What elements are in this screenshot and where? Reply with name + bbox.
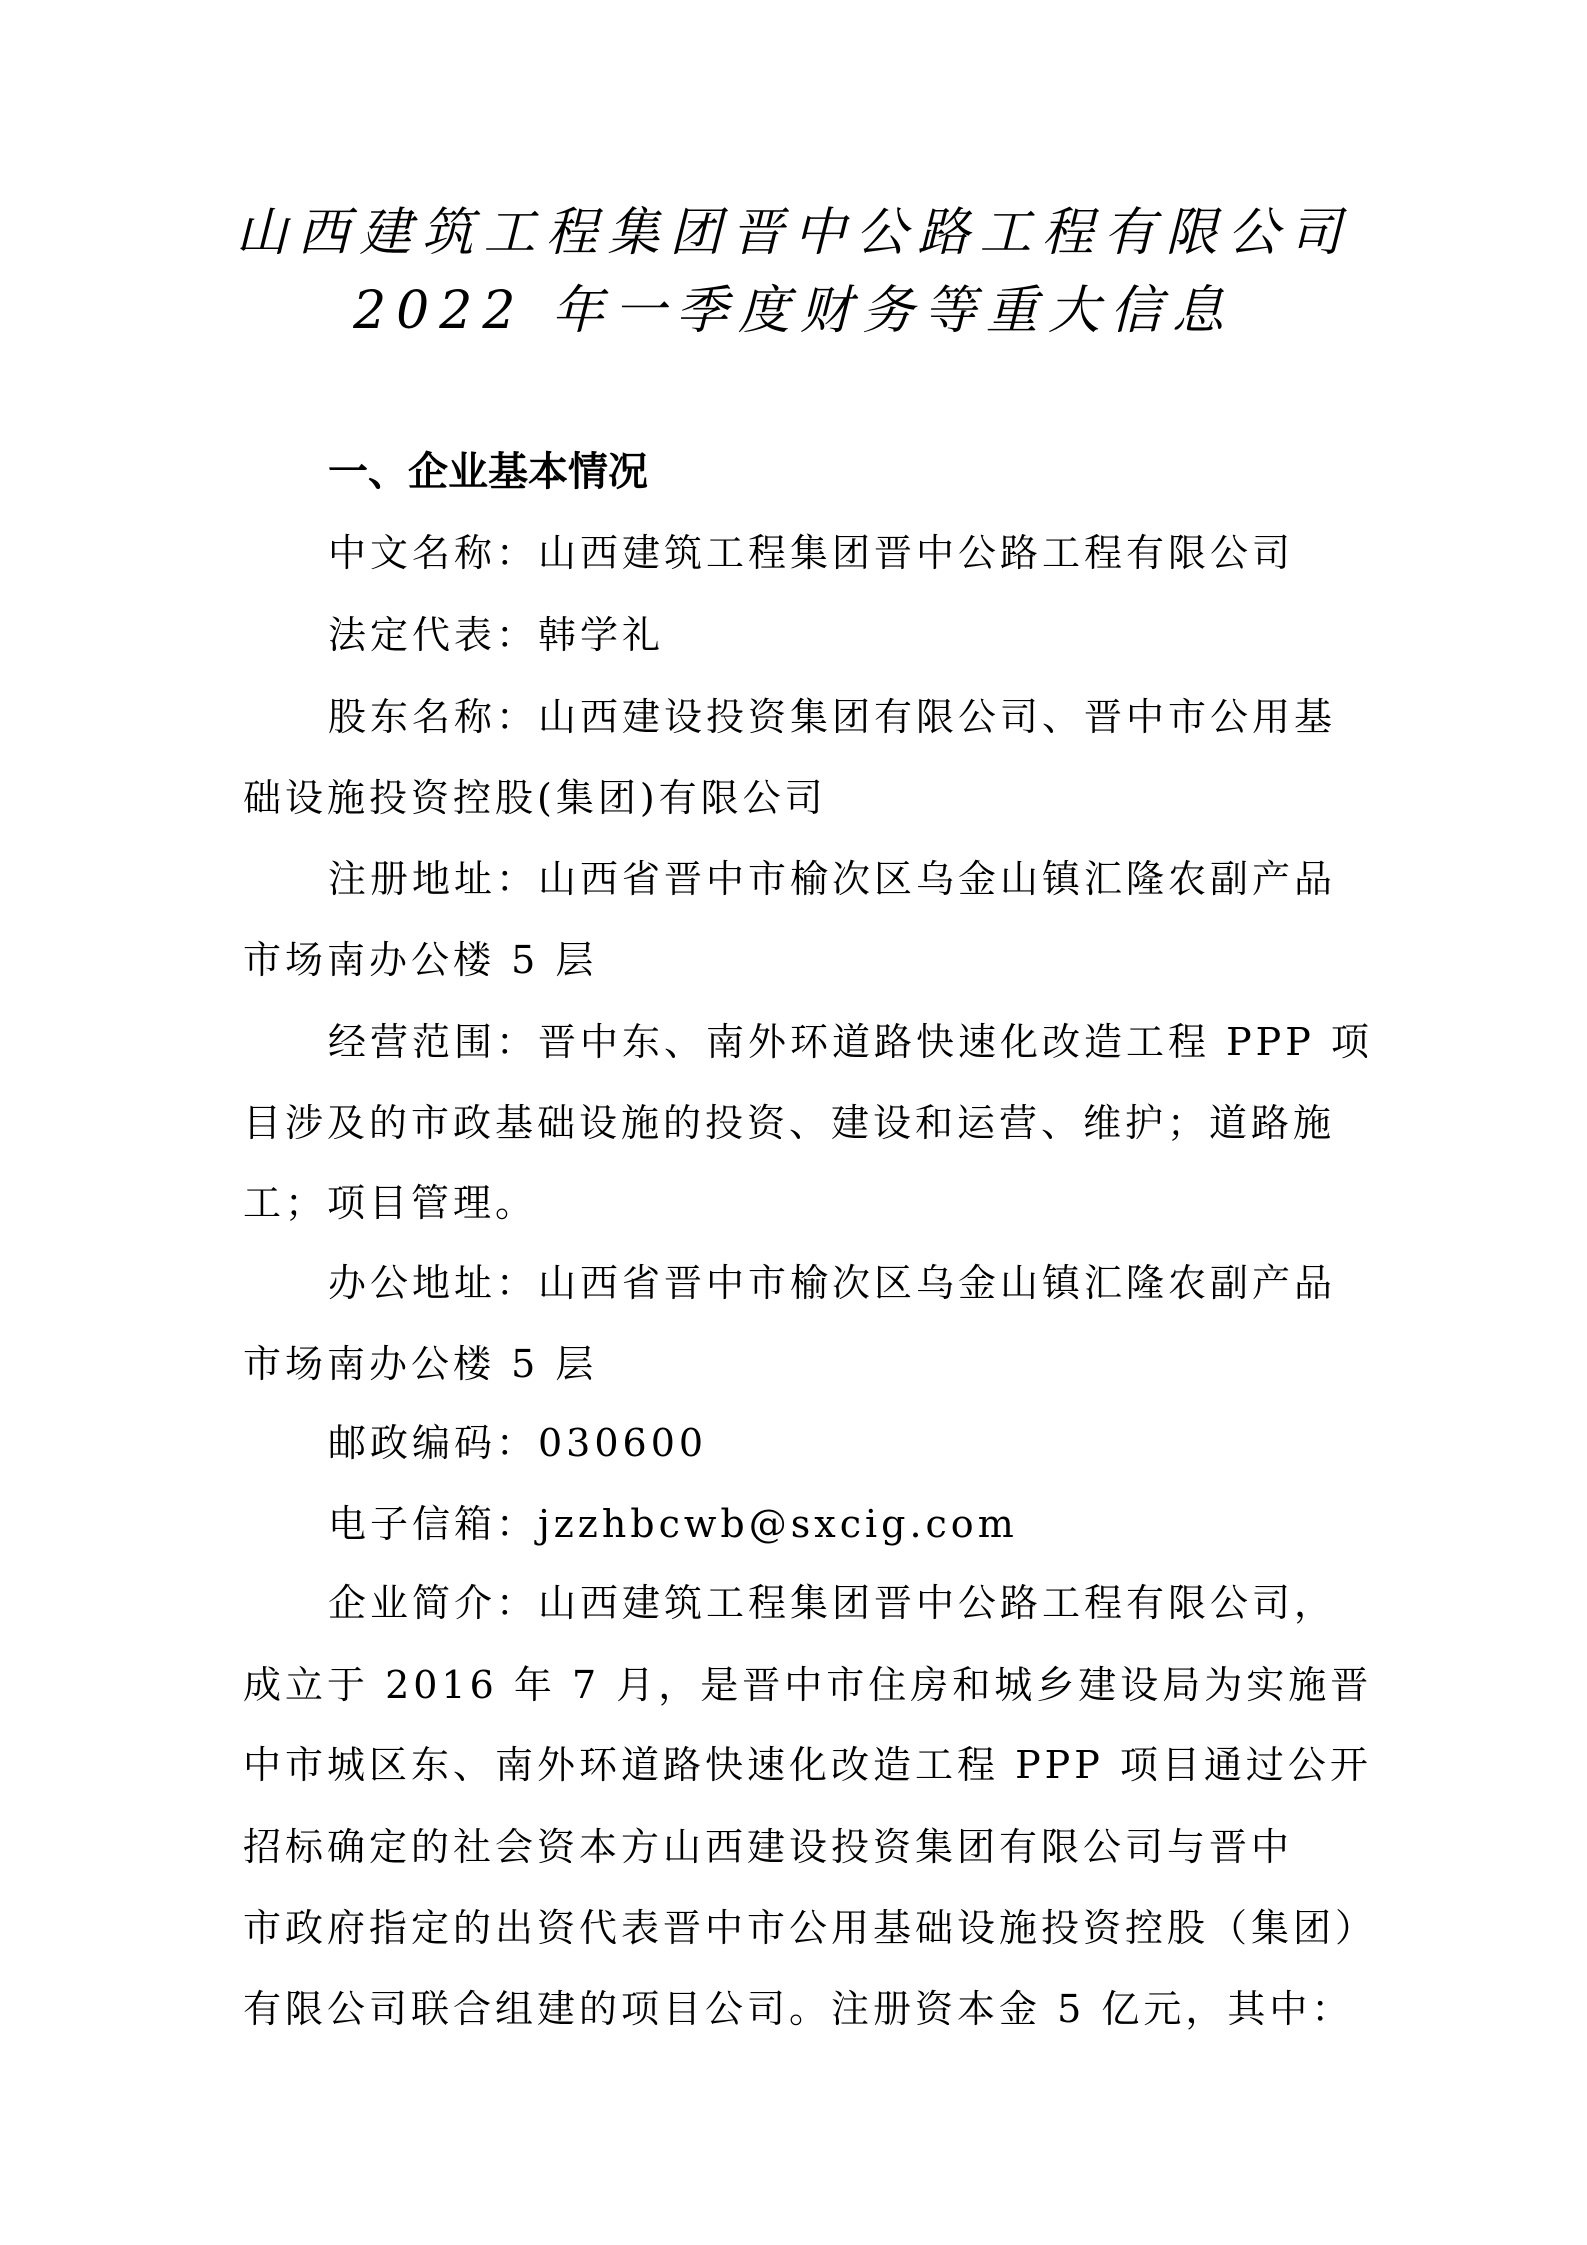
company-profile-line4: 招标确定的社会资本方山西建设投资集团有限公司与晋中 <box>243 1828 1293 1866</box>
company-profile-line6: 有限公司联合组建的项目公司。注册资本金 5 亿元，其中： <box>243 1990 1353 2028</box>
field-office-address-cont: 市场南办公楼 5 层 <box>243 1345 597 1383</box>
field-shareholders: 股东名称：山西建设投资集团有限公司、晋中市公用基 <box>328 698 1336 736</box>
field-office-address: 办公地址：山西省晋中市榆次区乌金山镇汇隆农副产品 <box>328 1264 1336 1302</box>
section-heading-basic-info: 一、企业基本情况 <box>328 452 648 492</box>
company-profile-line5: 市政府指定的出资代表晋中市公用基础设施投资控股（集团） <box>243 1909 1377 1947</box>
field-registered-address-cont: 市场南办公楼 5 层 <box>243 941 597 979</box>
document-title-line2: 2022 年一季度财务等重大信息 <box>0 285 1587 337</box>
field-business-scope-cont2: 工；项目管理。 <box>243 1184 537 1222</box>
field-registered-address: 注册地址：山西省晋中市榆次区乌金山镇汇隆农副产品 <box>328 860 1336 898</box>
document-title-line1: 山西建筑工程集团晋中公路工程有限公司 <box>0 207 1587 259</box>
field-chinese-name: 中文名称：山西建筑工程集团晋中公路工程有限公司 <box>328 534 1294 572</box>
field-postal-code: 邮政编码：030600 <box>328 1424 707 1462</box>
field-legal-representative: 法定代表：韩学礼 <box>328 616 664 654</box>
field-email: 电子信箱：jzzhbcwb@sxcig.com <box>328 1505 1018 1543</box>
field-shareholders-cont: 础设施投资控股(集团)有限公司 <box>243 779 827 817</box>
field-business-scope-cont1: 目涉及的市政基础设施的投资、建设和运营、维护；道路施 <box>243 1104 1335 1142</box>
company-profile-line2: 成立于 2016 年 7 月，是晋中市住房和城乡建设局为实施晋 <box>243 1666 1372 1704</box>
field-company-profile: 企业简介：山西建筑工程集团晋中公路工程有限公司， <box>328 1584 1336 1622</box>
company-profile-line3: 中市城区东、南外环道路快速化改造工程 PPP 项目通过公开 <box>243 1746 1372 1784</box>
field-business-scope: 经营范围：晋中东、南外环道路快速化改造工程 PPP 项 <box>328 1023 1373 1061</box>
